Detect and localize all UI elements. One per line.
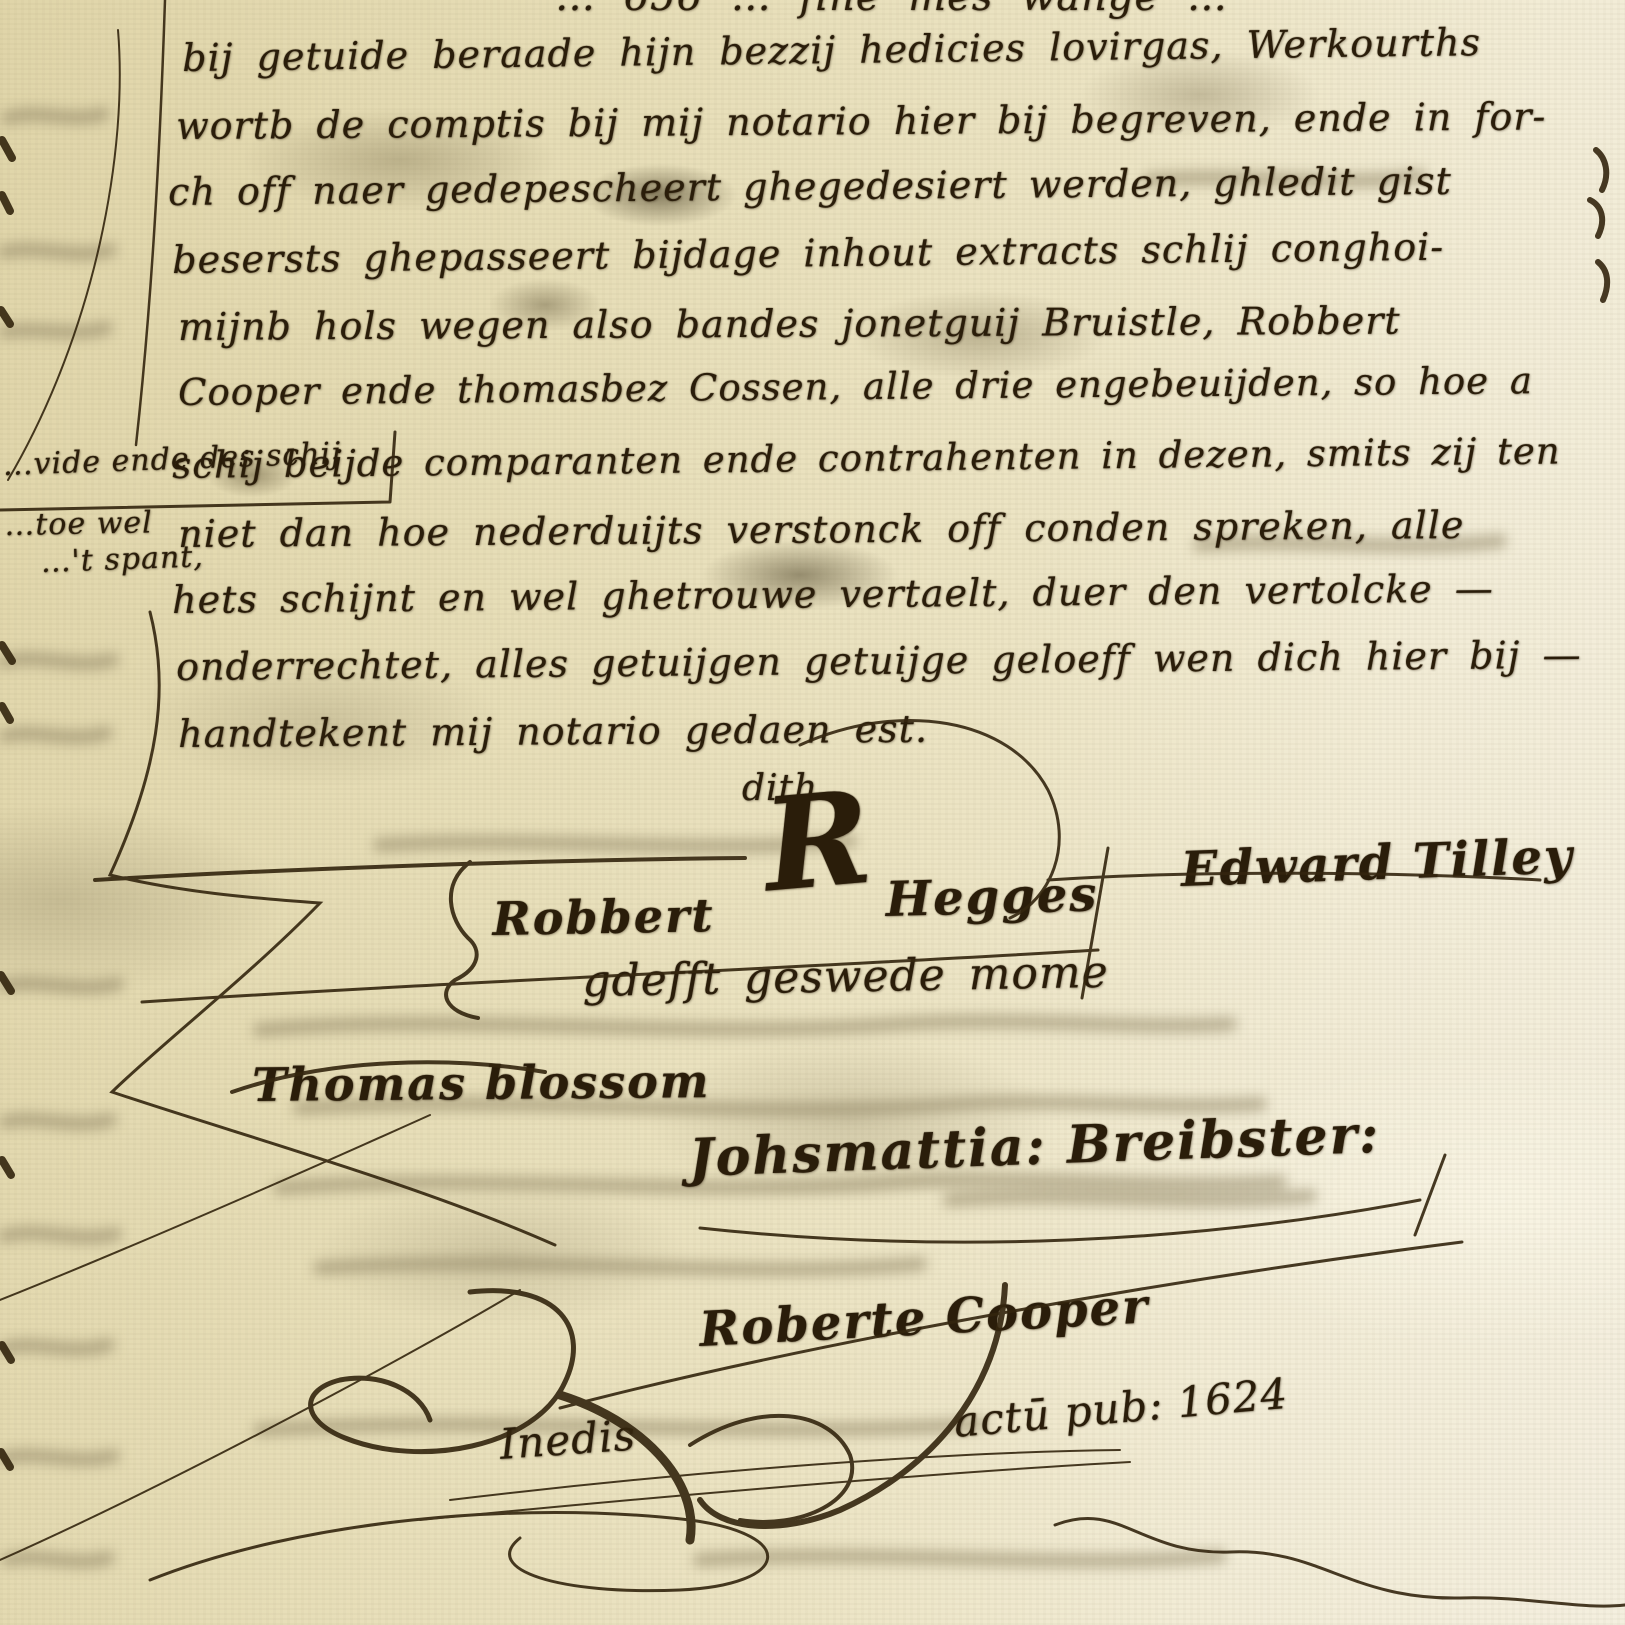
margin-bracket-zigzag [110,612,555,1245]
bottom-right-wave [1055,1518,1625,1606]
notary-word: Inedis [498,1410,637,1468]
body-line: onderrechtet, alles getuijgen getuijge g… [176,633,1582,689]
body-line: ch off naer gedepescheert ghegedesiert w… [168,159,1452,214]
breibster-slash [1415,1155,1445,1235]
signature-brace [446,862,478,1018]
body-line: wortb de comptis bij mij notario hier bi… [176,94,1546,148]
breibster-underswash [700,1200,1420,1242]
paraph-diagonal-1 [0,1290,520,1560]
notary-rule-2 [420,1462,1130,1520]
body-line: mijnb hols wegen also bandes jonetguij B… [178,299,1401,349]
signature-robbert-first: Robbert [492,888,715,946]
body-line-top-fragment: … 656 … fine mes wange … [555,0,1228,20]
paraph-diagonal-2 [0,1115,430,1300]
body-line: handtekent mij notario gedaen est. [178,707,928,756]
signature-breibster: Johsmattia: Breibster: [688,1104,1381,1189]
notary-paraph-loop [690,1416,852,1522]
notary-date: actū pub: 1624 [952,1369,1290,1447]
margin-diagonal-stroke [8,30,120,480]
signature-edward-tilley: Edward Tilley [1180,828,1575,898]
signature-roberte-cooper: Roberte Cooper [698,1278,1151,1357]
signature-thomas-blossom: Thomas blossom [252,1054,711,1112]
body-line: hets schijnt en wel ghetrouwe vertaelt, … [172,566,1494,622]
body-line: schij beijde comparanten ende contrahent… [172,429,1561,487]
margin-note: …'t spant, [40,539,204,580]
signature-rule-left [95,858,745,880]
paraph-loops-bottom [150,1513,768,1591]
signature-robbert-paraph-initial: R [758,763,879,922]
left-edge-marks [1,140,12,1467]
body-line: niet dan hoe nederduijts verstonck off c… [178,503,1465,556]
right-edge-marks [1590,150,1607,300]
signature-robbert-last: Hegges [885,866,1099,928]
signature-robbert-mark-note: gdefft geswede mome [582,947,1109,1007]
manuscript-page: … 656 … fine mes wange … bij getuide ber… [0,0,1625,1625]
margin-vertical-rule [136,0,165,445]
body-line: Cooper ende thomasbez Cossen, alle drie … [178,359,1533,414]
margin-note: …toe wel [4,505,153,543]
body-line: bij getuide beraade hijn bezzij hedicies… [182,20,1481,80]
body-line: besersts ghepasseert bijdage inhout extr… [172,225,1444,282]
